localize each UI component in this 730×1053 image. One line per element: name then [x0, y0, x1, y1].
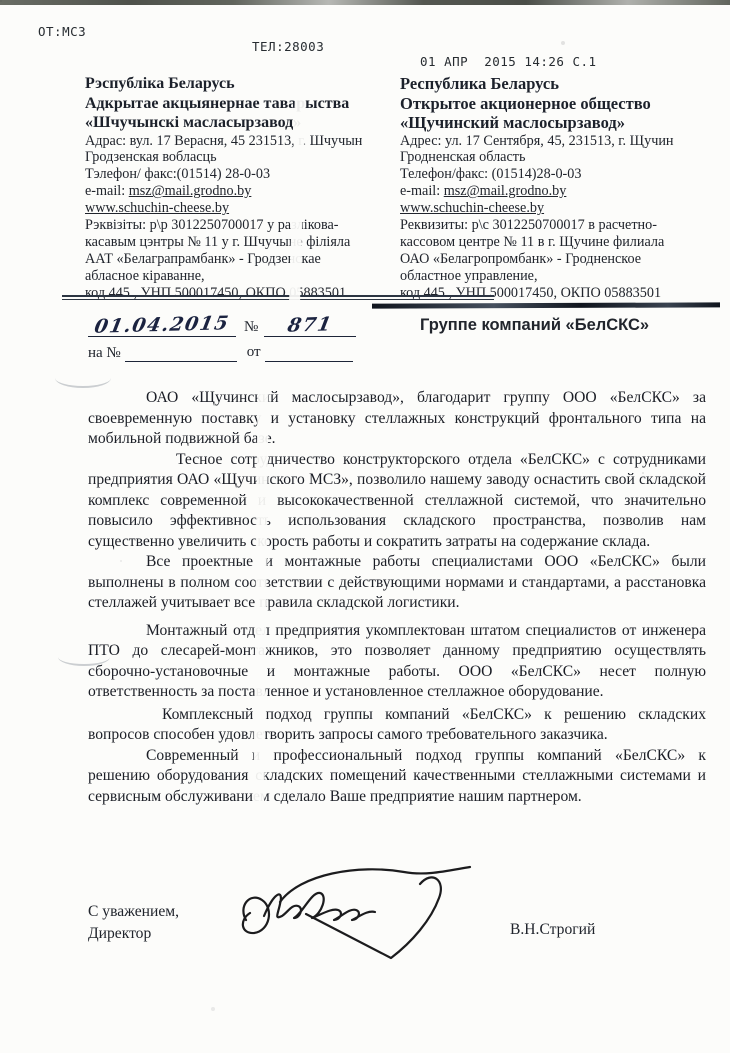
paragraph: Комплексный подход группы компаний «БелС… [88, 705, 706, 746]
bank-details-ru-2: кассовом центре № 11 в г. Щучине филиала [400, 234, 705, 251]
fax-header: ОТ:МСЗ ТЕЛ:28003 01 АПР 2015 14:26 С.1 [0, 9, 730, 84]
letterhead-belarusian: Рэспубліка Беларусь Адкрытае акцыянернае… [85, 74, 393, 302]
region-by: Гродзенская вобласць [85, 149, 393, 166]
fax-sender: ОТ:МСЗ [38, 24, 86, 39]
bank-details-ru-4: областное управление, [400, 268, 705, 285]
country-name-ru: Республика Беларусь [400, 74, 705, 94]
bank-details-by-2: касавым цэнтры № 11 у г. Шчучыне філіяла [85, 234, 393, 251]
letterhead-divider-left [62, 295, 494, 300]
reply-to-label: на № [88, 345, 121, 362]
bank-details-by-3: ААТ «Белаграпрамбанк» - Гродзенскае [85, 251, 393, 268]
country-name-by: Рэспубліка Беларусь [85, 74, 393, 94]
closing-block: С уважением, Директор [88, 901, 179, 945]
paragraph: Современный и профессиональный подход гр… [88, 746, 706, 808]
signer-name: В.Н.Строгий [510, 921, 595, 939]
paragraph: ОАО «Щучинский маслосырзавод», благодари… [88, 388, 706, 450]
org-name-ru: «Щучинский маслосырзавод» [400, 113, 705, 133]
closing-salutation: С уважением, [88, 901, 179, 923]
reference-reply-row: на № от [88, 340, 393, 362]
address-by: Адрас: вул. 17 Верасня, 45 231513, г. Шч… [85, 133, 393, 150]
reference-block: 01.04.2015 № 871 на № от [88, 311, 393, 362]
handwritten-signature [228, 858, 480, 980]
reply-from-label: от [247, 344, 261, 361]
address-ru: Адрес: ул. 17 Сентября, 45, 231513, г. Щ… [400, 133, 705, 150]
handwritten-date: 01.04.2015 [93, 313, 231, 337]
email-label-by: e-mail: [85, 183, 129, 199]
paragraph: Монтажный отдел предприятия укомплектова… [88, 621, 706, 703]
bank-details-ru-1: Реквизиты: р\с 3012250700017 в расчетно- [400, 217, 705, 234]
website-by: www.schuchin-cheese.by [85, 200, 393, 217]
bank-details-by-1: Рэквізіты: р\р 3012250700017 у разлікова… [85, 217, 393, 234]
email-line-ru: e-mail: msz@mail.grodno.by [400, 183, 705, 200]
org-name-by: «Шчучынскі масласырзавод» [85, 113, 393, 133]
bank-details-ru-3: ОАО «Белагропромбанк» - Гродненское [400, 251, 705, 268]
paragraph: Тесное сотрудничество конструкторского о… [88, 450, 706, 553]
scan-edge-artifact [0, 0, 730, 5]
reply-number-blank [125, 361, 237, 362]
handwritten-number: 871 [286, 314, 334, 335]
email-address-by: msz@mail.grodno.by [129, 183, 252, 199]
phone-by: Тэлефон/ факс:(01514) 28-0-03 [85, 166, 393, 183]
reply-date-blank [265, 361, 353, 362]
number-sign-label: № [244, 319, 258, 336]
paper-curl-mark [55, 368, 111, 388]
signer-title: Директор [88, 923, 179, 945]
scanned-fax-letter: ОТ:МСЗ ТЕЛ:28003 01 АПР 2015 14:26 С.1 Р… [0, 0, 730, 1053]
fax-timestamp: 01 АПР 2015 14:26 С.1 [420, 54, 597, 69]
org-type-by: Адкрытае акцыянернае таварыства [85, 94, 393, 114]
recipient: Группе компаний «БелСКС» [420, 316, 649, 335]
paragraph: Все проектные и монтажные работы специал… [88, 552, 706, 614]
letterhead-russian: Республика Беларусь Открытое акционерное… [400, 74, 705, 302]
date-field: 01.04.2015 [88, 315, 236, 337]
reference-date-row: 01.04.2015 № 871 [88, 311, 393, 337]
letter-body: ОАО «Щучинский маслосырзавод», благодари… [88, 388, 706, 807]
region-ru: Гродненская область [400, 149, 705, 166]
email-label-ru: e-mail: [400, 183, 444, 199]
letterhead-divider-right [372, 302, 720, 308]
email-line-by: e-mail: msz@mail.grodno.by [85, 183, 393, 200]
phone-ru: Телефон/факс: (01514)28-0-03 [400, 166, 705, 183]
number-field: 871 [264, 315, 356, 337]
scan-speckles [0, 0, 2, 2]
org-type-ru: Открытое акционерное общество [400, 94, 705, 114]
fax-telephone: ТЕЛ:28003 [252, 39, 324, 54]
email-address-ru: msz@mail.grodno.by [444, 183, 567, 199]
website-ru: www.schuchin-cheese.by [400, 200, 705, 217]
bank-details-by-4: абласное кіраванне, [85, 268, 393, 285]
paper-curl-mark [58, 648, 110, 666]
